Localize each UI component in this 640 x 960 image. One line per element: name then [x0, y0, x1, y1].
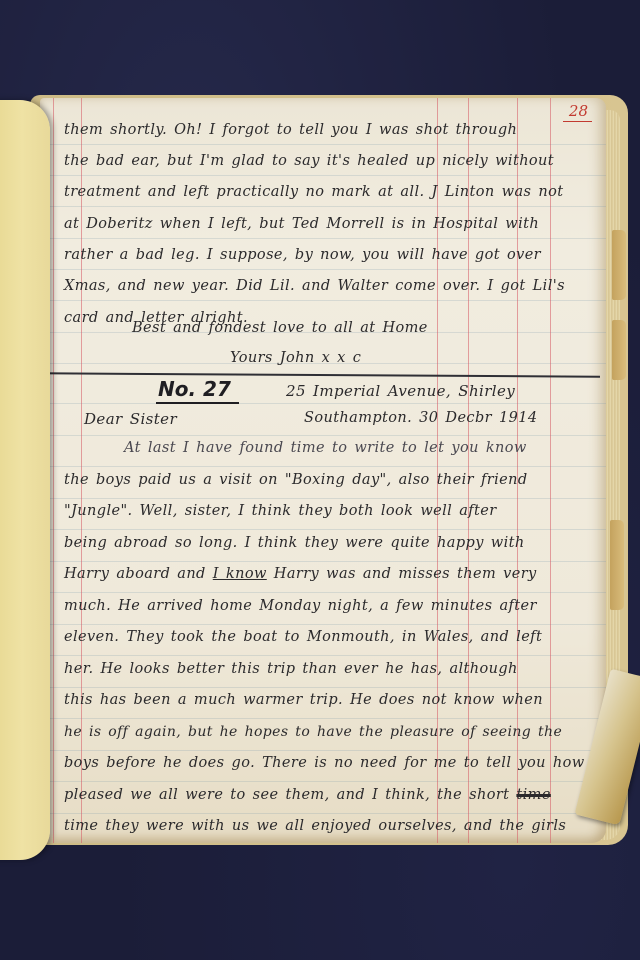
- text-segment: Harry aboard and: [64, 566, 206, 582]
- page-tab: [612, 230, 626, 300]
- facing-page-edge: [0, 100, 50, 860]
- signature: Yours John x x c: [230, 350, 361, 366]
- text-line: Xmas, and new year. Did Lil. and Walter …: [64, 278, 565, 294]
- salutation: Dear Sister: [84, 410, 177, 428]
- text-line: eleven. They took the boat to Monmouth, …: [64, 629, 542, 645]
- text-line: being abroad so long. I think they were …: [64, 535, 525, 551]
- letter-divider: [40, 372, 600, 377]
- address-line: 25 Imperial Avenue, Shirley: [286, 382, 515, 400]
- text-line: them shortly. Oh! I forgot to tell you I…: [64, 122, 517, 138]
- struck-out-text: time: [516, 787, 550, 803]
- letter-book-page: 28 them shortly. Oh! I forgot to tell yo…: [40, 98, 606, 843]
- text-line: much. He arrived home Monday night, a fe…: [64, 598, 537, 614]
- address-date-line: Southampton. 30 Decbr 1914: [304, 410, 537, 426]
- text-line: he is off again, but he hopes to have th…: [64, 724, 562, 740]
- text-line: pleased we all were to see them, and I t…: [64, 787, 551, 803]
- text-segment: Harry was and misses them very: [274, 566, 537, 582]
- text-line: her. He looks better this trip than ever…: [64, 661, 518, 677]
- text-line: time they were with us we all enjoyed ou…: [64, 818, 566, 834]
- page-tab: [610, 520, 624, 610]
- text-line: "Jungle". Well, sister, I think they bot…: [64, 503, 497, 519]
- text-line: Harry aboard and I know Harry was and mi…: [64, 566, 537, 582]
- text-line: treatment and left practically no mark a…: [64, 184, 563, 200]
- text-line: the bad ear, but I'm glad to say it's he…: [64, 153, 554, 169]
- text-line: at Doberitz when I left, but Ted Morrell…: [64, 216, 539, 232]
- text-line: At last I have found time to write to le…: [124, 440, 527, 456]
- page-tab: [612, 320, 626, 380]
- text-line: rather a bad leg. I suppose, by now, you…: [64, 247, 541, 263]
- closing-line: Best and fondest love to all at Home: [132, 320, 428, 336]
- text-line: boys before he does go. There is no need…: [64, 755, 585, 771]
- underlined-text: I know: [213, 566, 267, 582]
- page-number: 28: [563, 102, 592, 122]
- letter-number: No. 27: [156, 377, 239, 404]
- text-line: this has been a much warmer trip. He doe…: [64, 692, 543, 708]
- text-segment: pleased we all were to see them, and I t…: [64, 787, 509, 803]
- text-line: the boys paid us a visit on "Boxing day"…: [64, 472, 528, 488]
